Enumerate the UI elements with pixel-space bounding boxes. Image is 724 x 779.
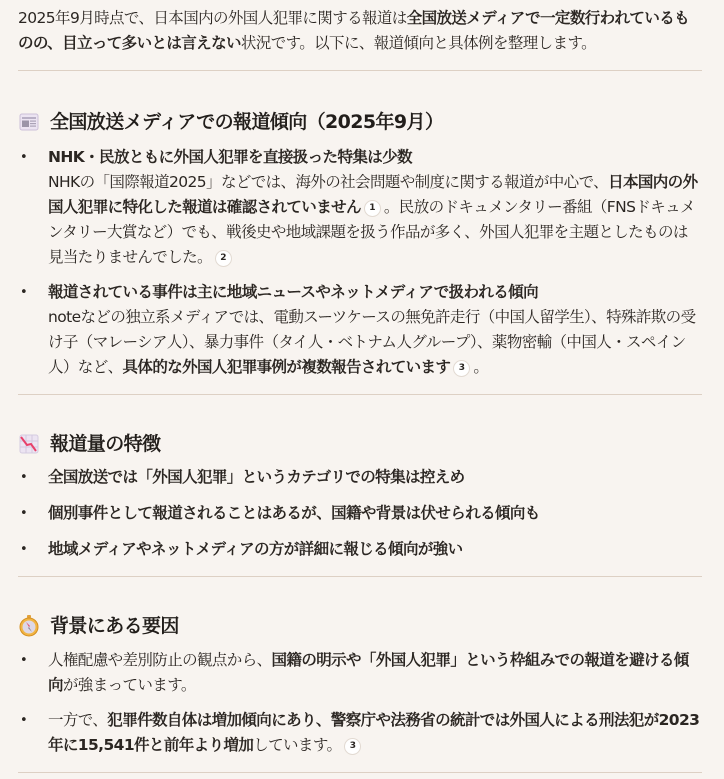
item-text: 全国放送では「外国人犯罪」というカテゴリでの特集は控えめ [48,468,465,486]
broadcast-trends-list: NHK・民放ともに外国人犯罪を直接扱った特集は少数 NHKの「国際報道2025」… [18,145,702,380]
citation-badge-1[interactable]: 1 [364,200,381,217]
intro-paragraph: 2025年9月時点で、日本国内の外国人犯罪に関する報道は全国放送メディアで一定数… [18,0,702,56]
chart-decreasing-icon [18,433,40,455]
item-text: 一方で、 [48,711,107,729]
item-bold: 具体的な外国人犯罪事例が複数報告されています [123,358,451,376]
item-text-2: 。 [473,358,488,376]
list-item: 報道されている事件は主に地域ニュースやネットメディアで扱われる傾向 noteなど… [18,280,702,380]
compass-icon [18,615,40,637]
coverage-volume-list: 全国放送では「外国人犯罪」というカテゴリでの特集は控えめ 個別事件として報道され… [18,465,702,562]
item-text-2: が強まっています。 [63,676,196,694]
item-text: 人権配慮や差別防止の観点から、 [48,651,272,669]
intro-text-2: 状況です。以下に、報道傾向と具体例を整理します。 [241,34,596,52]
background-factors-list: 人権配慮や差別防止の観点から、国籍の明示や「外国人犯罪」という枠組みでの報道を避… [18,648,702,758]
section-title-background-factors: 背景にある要因 [18,613,702,639]
section-title-text: 背景にある要因 [50,613,179,639]
list-item: 地域メディアやネットメディアの方が詳細に報じる傾向が強い [18,537,702,562]
list-item: 全国放送では「外国人犯罪」というカテゴリでの特集は控えめ [18,465,702,490]
citation-badge-3[interactable]: 3 [453,360,470,377]
intro-text: 2025年9月時点で、日本国内の外国人犯罪に関する報道は [18,9,407,27]
list-item: 個別事件として報道されることはあるが、国籍や背景は伏せられる傾向も [18,501,702,526]
list-item: 人権配慮や差別防止の観点から、国籍の明示や「外国人犯罪」という枠組みでの報道を避… [18,648,702,698]
item-heading: NHK・民放ともに外国人犯罪を直接扱った特集は少数 [48,148,412,166]
newspaper-icon [18,111,40,133]
list-item: 一方で、犯罪件数自体は増加傾向にあり、警察庁や法務省の統計では外国人による刑法犯… [18,708,702,758]
section-title-broadcast-trends: 全国放送メディアでの報道傾向（2025年9月） [18,109,702,135]
item-text: NHKの「国際報道2025」などでは、海外の社会問題や制度に関する報道が中心で、 [48,173,608,191]
response-content: 2025年9月時点で、日本国内の外国人犯罪に関する報道は全国放送メディアで一定数… [0,0,724,773]
section-title-text: 報道量の特徴 [50,431,160,457]
item-text: 地域メディアやネットメディアの方が詳細に報じる傾向が強い [48,540,463,558]
citation-badge-2[interactable]: 2 [215,250,232,267]
item-text-2: しています。 [253,736,341,754]
item-heading: 報道されている事件は主に地域ニュースやネットメディアで扱われる傾向 [48,283,538,301]
item-bold: 犯罪件数自体は増加傾向にあり、警察庁や法務省の統計では外国人による刑法犯が202… [48,711,699,754]
section-title-text: 全国放送メディアでの報道傾向（2025年9月） [50,109,443,135]
section-title-coverage-volume: 報道量の特徴 [18,431,702,457]
list-item: NHK・民放ともに外国人犯罪を直接扱った特集は少数 NHKの「国際報道2025」… [18,145,702,270]
divider [18,772,702,773]
item-text: 個別事件として報道されることはあるが、国籍や背景は伏せられる傾向も [48,504,540,522]
citation-badge-3[interactable]: 3 [344,738,361,755]
